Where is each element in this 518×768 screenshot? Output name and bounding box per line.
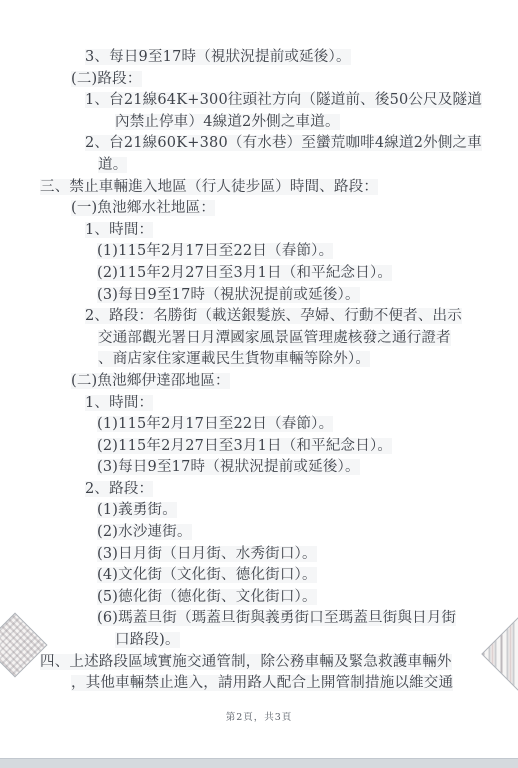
doc-line-text: 四、上述路段區域實施交通管制，除公務車輛及緊急救護車輛外 <box>40 654 452 670</box>
doc-line: 道。 <box>0 155 518 177</box>
doc-line-text: (二)魚池鄉伊達邵地區： <box>71 373 230 389</box>
doc-line: 2、台21線60K+380（有水巷）至蠻荒咖啡4線道2外側之車 <box>0 133 518 155</box>
doc-line: (4)文化街（文化街、德化街口）。 <box>0 565 518 587</box>
doc-line-text: (一)魚池鄉水社地區： <box>71 200 215 216</box>
doc-line: 、商店家住家運載民生貨物車輛等除外）。 <box>0 349 518 371</box>
doc-line: 2、路段：名勝街（載送銀髮族、孕婦、行動不便者、出示 <box>0 306 518 328</box>
doc-line: 2、路段： <box>0 479 518 501</box>
doc-line: (2)水沙連街。 <box>0 522 518 544</box>
doc-line: 3、每日9至17時（視狀況提前或延後）。 <box>0 47 518 69</box>
doc-line-text: 1、台21線64K+300往頭社方向（隧道前、後50公尺及隧道 <box>85 92 482 108</box>
doc-line: 四、上述路段區域實施交通管制，除公務車輛及緊急救護車輛外 <box>0 652 518 674</box>
doc-line-text: (二)路段： <box>71 71 142 87</box>
doc-line-text: 3、每日9至17時（視狀況提前或延後）。 <box>85 49 351 65</box>
doc-line-text: 道。 <box>98 157 127 173</box>
document-lines: 3、每日9至17時（視狀況提前或延後）。(二)路段：1、台21線64K+300往… <box>0 47 518 695</box>
doc-line: (二)魚池鄉伊達邵地區： <box>0 371 518 393</box>
doc-line-text: (5)德化街（德化街、文化街口）。 <box>97 589 317 605</box>
doc-line-text: 、商店家住家運載民生貨物車輛等除外）。 <box>98 351 370 367</box>
doc-line-text: (1)義勇街。 <box>97 502 177 518</box>
doc-line-text: (2)水沙連街。 <box>97 524 192 540</box>
doc-line: (1)115年2月17日至22日（春節）。 <box>0 414 518 436</box>
doc-line: (2)115年2月27日至3月1日（和平紀念日）。 <box>0 263 518 285</box>
doc-line-text: (4)文化街（文化街、德化街口）。 <box>97 567 317 583</box>
doc-line-text: 1、時間： <box>85 395 153 411</box>
doc-line: 交通部觀光署日月潭國家風景區管理處核發之通行證者 <box>0 328 518 350</box>
doc-line-text: 2、台21線60K+380（有水巷）至蠻荒咖啡4線道2外側之車 <box>85 135 482 151</box>
doc-line-text: 口路段)。 <box>115 632 180 648</box>
doc-line: (5)德化街（德化街、文化街口）。 <box>0 587 518 609</box>
document-page: 3、每日9至17時（視狀況提前或延後）。(二)路段：1、台21線64K+300往… <box>0 0 518 768</box>
doc-line-text: (1)115年2月17日至22日（春節）。 <box>97 416 333 432</box>
doc-line: 1、時間： <box>0 393 518 415</box>
doc-line: (6)瑪蓋旦街（瑪蓋旦街與義勇街口至瑪蓋旦街與日月街 <box>0 608 518 630</box>
doc-line: (2)115年2月27日至3月1日（和平紀念日）。 <box>0 436 518 458</box>
doc-line-text: (3)每日9至17時（視狀況提前或延後）。 <box>97 459 360 475</box>
doc-line-text: 1、時間： <box>85 222 153 238</box>
doc-line-text: (2)115年2月27日至3月1日（和平紀念日）。 <box>97 265 392 281</box>
doc-line-text: (3)每日9至17時（視狀況提前或延後）。 <box>97 287 360 303</box>
doc-line-text: 2、路段：名勝街（載送銀髮族、孕婦、行動不便者、出示 <box>85 308 462 324</box>
doc-line-text: ，其他車輛禁止進入，請用路人配合上開管制措施以維交通 <box>71 675 453 691</box>
doc-line: 三、禁止車輛進入地區（行人徒步區）時間、路段： <box>0 177 518 199</box>
doc-line: 口路段)。 <box>0 630 518 652</box>
doc-line: (3)每日9至17時（視狀況提前或延後）。 <box>0 457 518 479</box>
doc-line-text: 內禁止停車）4線道2外側之車道。 <box>115 114 340 130</box>
doc-line-text: 三、禁止車輛進入地區（行人徒步區）時間、路段： <box>40 179 378 195</box>
doc-line: 內禁止停車）4線道2外側之車道。 <box>0 112 518 134</box>
doc-line: 1、時間： <box>0 220 518 242</box>
doc-line: 1、台21線64K+300往頭社方向（隧道前、後50公尺及隧道 <box>0 90 518 112</box>
doc-line: (二)路段： <box>0 69 518 91</box>
doc-line: (1)義勇街。 <box>0 500 518 522</box>
doc-line-text: (1)115年2月17日至22日（春節）。 <box>97 243 333 259</box>
doc-line: (3)日月街（日月街、水秀街口）。 <box>0 544 518 566</box>
viewer-bottom-bar <box>0 758 518 768</box>
doc-line-text: (2)115年2月27日至3月1日（和平紀念日）。 <box>97 438 392 454</box>
doc-line-text: (3)日月街（日月街、水秀街口）。 <box>97 546 317 562</box>
page-number-footer: 第2頁，共3頁 <box>0 709 518 723</box>
doc-line: (一)魚池鄉水社地區： <box>0 198 518 220</box>
doc-line: (3)每日9至17時（視狀況提前或延後）。 <box>0 285 518 307</box>
doc-line-text: (6)瑪蓋旦街（瑪蓋旦街與義勇街口至瑪蓋旦街與日月街 <box>97 610 456 626</box>
doc-line: ，其他車輛禁止進入，請用路人配合上開管制措施以維交通 <box>0 673 518 695</box>
doc-line-text: 2、路段： <box>85 481 153 497</box>
doc-line-text: 交通部觀光署日月潭國家風景區管理處核發之通行證者 <box>98 330 451 346</box>
doc-line: (1)115年2月17日至22日（春節）。 <box>0 241 518 263</box>
